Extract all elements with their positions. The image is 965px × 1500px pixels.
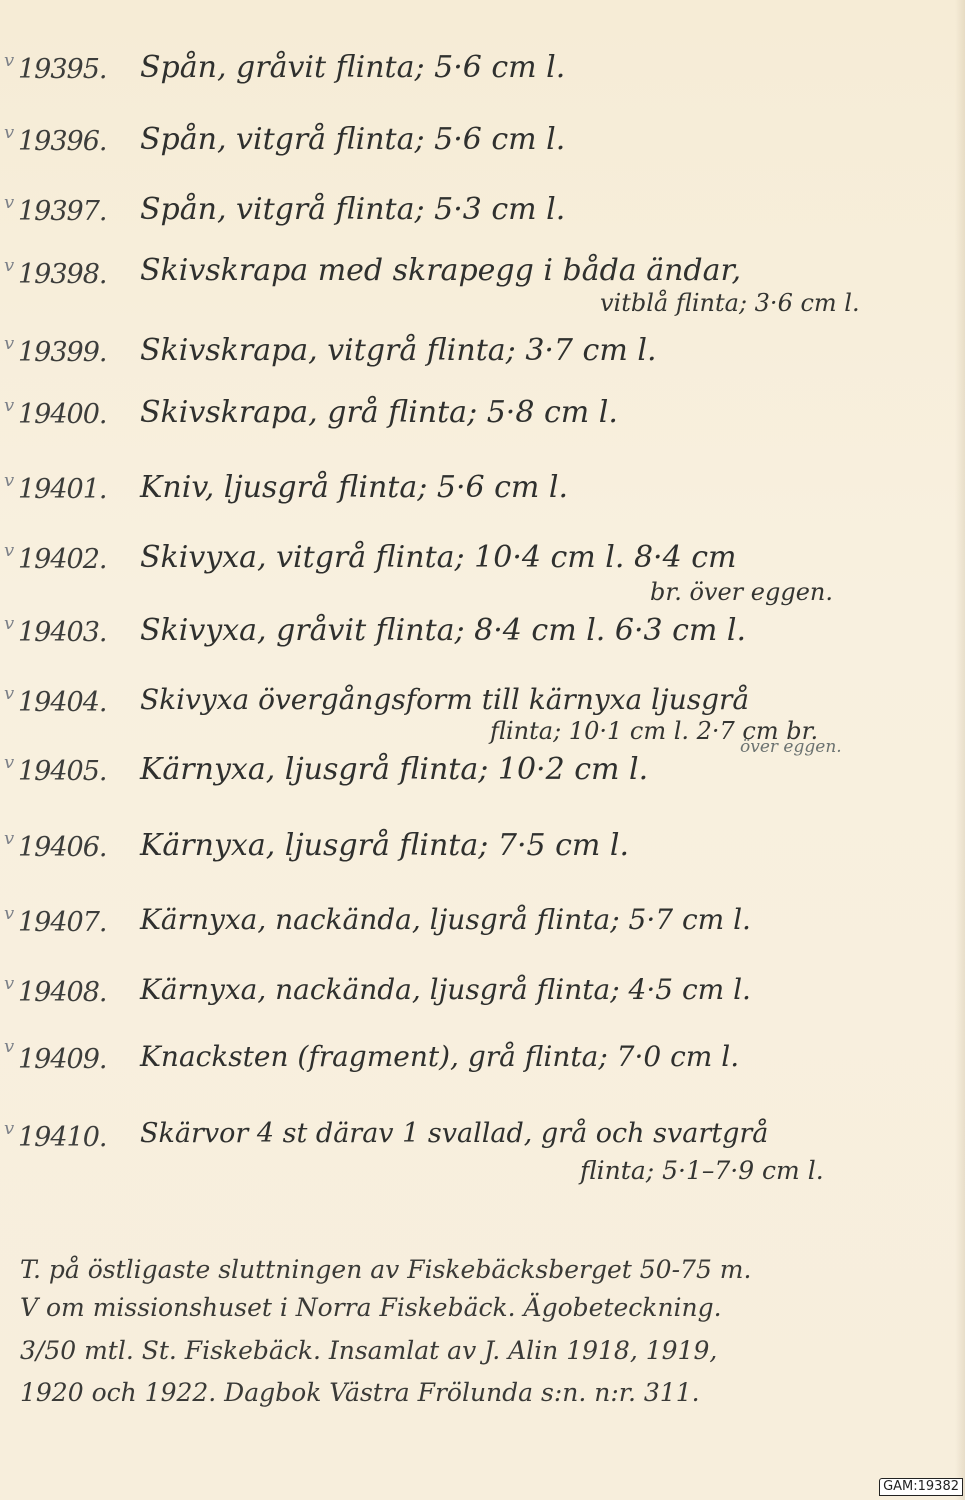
- check-mark: v: [4, 470, 14, 491]
- check-mark: v: [4, 683, 14, 704]
- entry-description: Kniv, ljusgrå flinta; 5·6 cm l.: [140, 470, 568, 505]
- catalogue-entry: v 19410. Skärvor 4 st därav 1 svallad, g…: [0, 1110, 965, 1200]
- archive-id-stamp: GAM:19382: [879, 1478, 963, 1496]
- entry-number: 19398.: [18, 259, 106, 290]
- check-mark: v: [4, 192, 14, 213]
- provenance-line: 1920 och 1922. Dagbok Västra Frölunda s:…: [20, 1378, 700, 1407]
- check-mark: v: [4, 50, 14, 71]
- check-mark: v: [4, 395, 14, 416]
- entry-number: 19397.: [18, 196, 106, 227]
- entry-number: 19395.: [18, 54, 106, 85]
- entry-description: Kärnyxa, nackända, ljusgrå flinta; 4·5 c…: [140, 973, 751, 1006]
- provenance-line: V om missionshuset i Norra Fiskebäck. Äg…: [20, 1293, 722, 1322]
- entry-number: 19400.: [18, 399, 106, 430]
- check-mark: v: [4, 613, 14, 634]
- check-mark: v: [4, 333, 14, 354]
- catalogue-entry: v 19400. Skivskrapa, grå flinta; 5·8 cm …: [0, 387, 965, 447]
- entry-description: Spån, gråvit flinta; 5·6 cm l.: [140, 50, 565, 85]
- entry-description: Knacksten (fragment), grå flinta; 7·0 cm…: [140, 1040, 739, 1073]
- entry-description: Skivyxa, vitgrå flinta; 10·4 cm l. 8·4 c…: [140, 540, 736, 575]
- entry-number: 19396.: [18, 126, 106, 157]
- catalogue-entry: v 19402. Skivyxa, vitgrå flinta; 10·4 cm…: [0, 530, 965, 600]
- catalogue-entry: v 19403. Skivyxa, gråvit flinta; 8·4 cm …: [0, 605, 965, 665]
- entry-number: 19401.: [18, 474, 106, 505]
- entry-description: Spån, vitgrå flinta; 5·3 cm l.: [140, 192, 565, 227]
- entry-number: 19407.: [18, 907, 106, 938]
- entry-description: Skivskrapa, grå flinta; 5·8 cm l.: [140, 395, 618, 430]
- entry-description: Kärnyxa, ljusgrå flinta; 7·5 cm l.: [140, 828, 629, 863]
- check-mark: v: [4, 540, 14, 561]
- catalogue-entry: v 19406. Kärnyxa, ljusgrå flinta; 7·5 cm…: [0, 818, 965, 878]
- entry-number: 19406.: [18, 832, 106, 863]
- check-mark: v: [4, 973, 14, 994]
- check-mark: v: [4, 255, 14, 276]
- entry-number: 19408.: [18, 977, 106, 1008]
- catalogue-entry: v 19397. Spån, vitgrå flinta; 5·3 cm l.: [0, 182, 965, 242]
- check-mark: v: [4, 752, 14, 773]
- check-mark: v: [4, 828, 14, 849]
- entry-description: Skärvor 4 st därav 1 svallad, grå och sv…: [140, 1118, 768, 1149]
- check-mark: v: [4, 122, 14, 143]
- entry-number: 19405.: [18, 756, 106, 787]
- entry-number: 19409.: [18, 1044, 106, 1075]
- provenance-line: 3/50 mtl. St. Fiskebäck. Insamlat av J. …: [20, 1336, 717, 1365]
- entry-number: 19402.: [18, 544, 106, 575]
- catalogue-entry: v 19409. Knacksten (fragment), grå flint…: [0, 1030, 965, 1090]
- catalogue-entry: v 19399. Skivskrapa, vitgrå flinta; 3·7 …: [0, 325, 965, 385]
- entry-number: 19399.: [18, 337, 106, 368]
- catalogue-entry: v 19408. Kärnyxa, nackända, ljusgrå flin…: [0, 963, 965, 1023]
- entry-description: Skivyxa, gråvit flinta; 8·4 cm l. 6·3 cm…: [140, 613, 746, 648]
- catalogue-entry: v 19401. Kniv, ljusgrå flinta; 5·6 cm l.: [0, 462, 965, 522]
- entry-description: Skivyxa övergångsform till kärnyxa ljusg…: [140, 683, 749, 716]
- entry-description: Spån, vitgrå flinta; 5·6 cm l.: [140, 122, 565, 157]
- catalogue-entry: v 19405. Kärnyxa, ljusgrå flinta; 10·2 c…: [0, 742, 965, 802]
- check-mark: v: [4, 903, 14, 924]
- entry-description: Kärnyxa, ljusgrå flinta; 10·2 cm l.: [140, 752, 648, 787]
- entry-number: 19410.: [18, 1122, 106, 1153]
- catalogue-entry: v 19396. Spån, vitgrå flinta; 5·6 cm l.: [0, 112, 965, 172]
- catalogue-entry: v 19407. Kärnyxa, nackända, ljusgrå flin…: [0, 893, 965, 953]
- catalogue-page: v 19395. Spån, gråvit flinta; 5·6 cm l. …: [0, 0, 965, 1500]
- provenance-line: T. på östligaste sluttningen av Fiskebäc…: [20, 1255, 751, 1284]
- entry-description: Skivskrapa, vitgrå flinta; 3·7 cm l.: [140, 333, 656, 368]
- catalogue-entry: v 19398. Skivskrapa med skrapegg i båda …: [0, 245, 965, 315]
- entry-number: 19403.: [18, 617, 106, 648]
- catalogue-entry: v 19395. Spån, gråvit flinta; 5·6 cm l.: [0, 40, 965, 100]
- entry-description: Kärnyxa, nackända, ljusgrå flinta; 5·7 c…: [140, 903, 751, 936]
- check-mark: v: [4, 1118, 14, 1139]
- entry-continuation: br. över eggen.: [650, 578, 833, 606]
- entry-number: 19404.: [18, 687, 106, 718]
- entry-continuation: vitblå flinta; 3·6 cm l.: [600, 289, 860, 317]
- entry-continuation: flinta; 5·1–7·9 cm l.: [580, 1156, 824, 1185]
- check-mark: v: [4, 1036, 14, 1057]
- entry-description: Skivskrapa med skrapegg i båda ändar,: [140, 253, 741, 288]
